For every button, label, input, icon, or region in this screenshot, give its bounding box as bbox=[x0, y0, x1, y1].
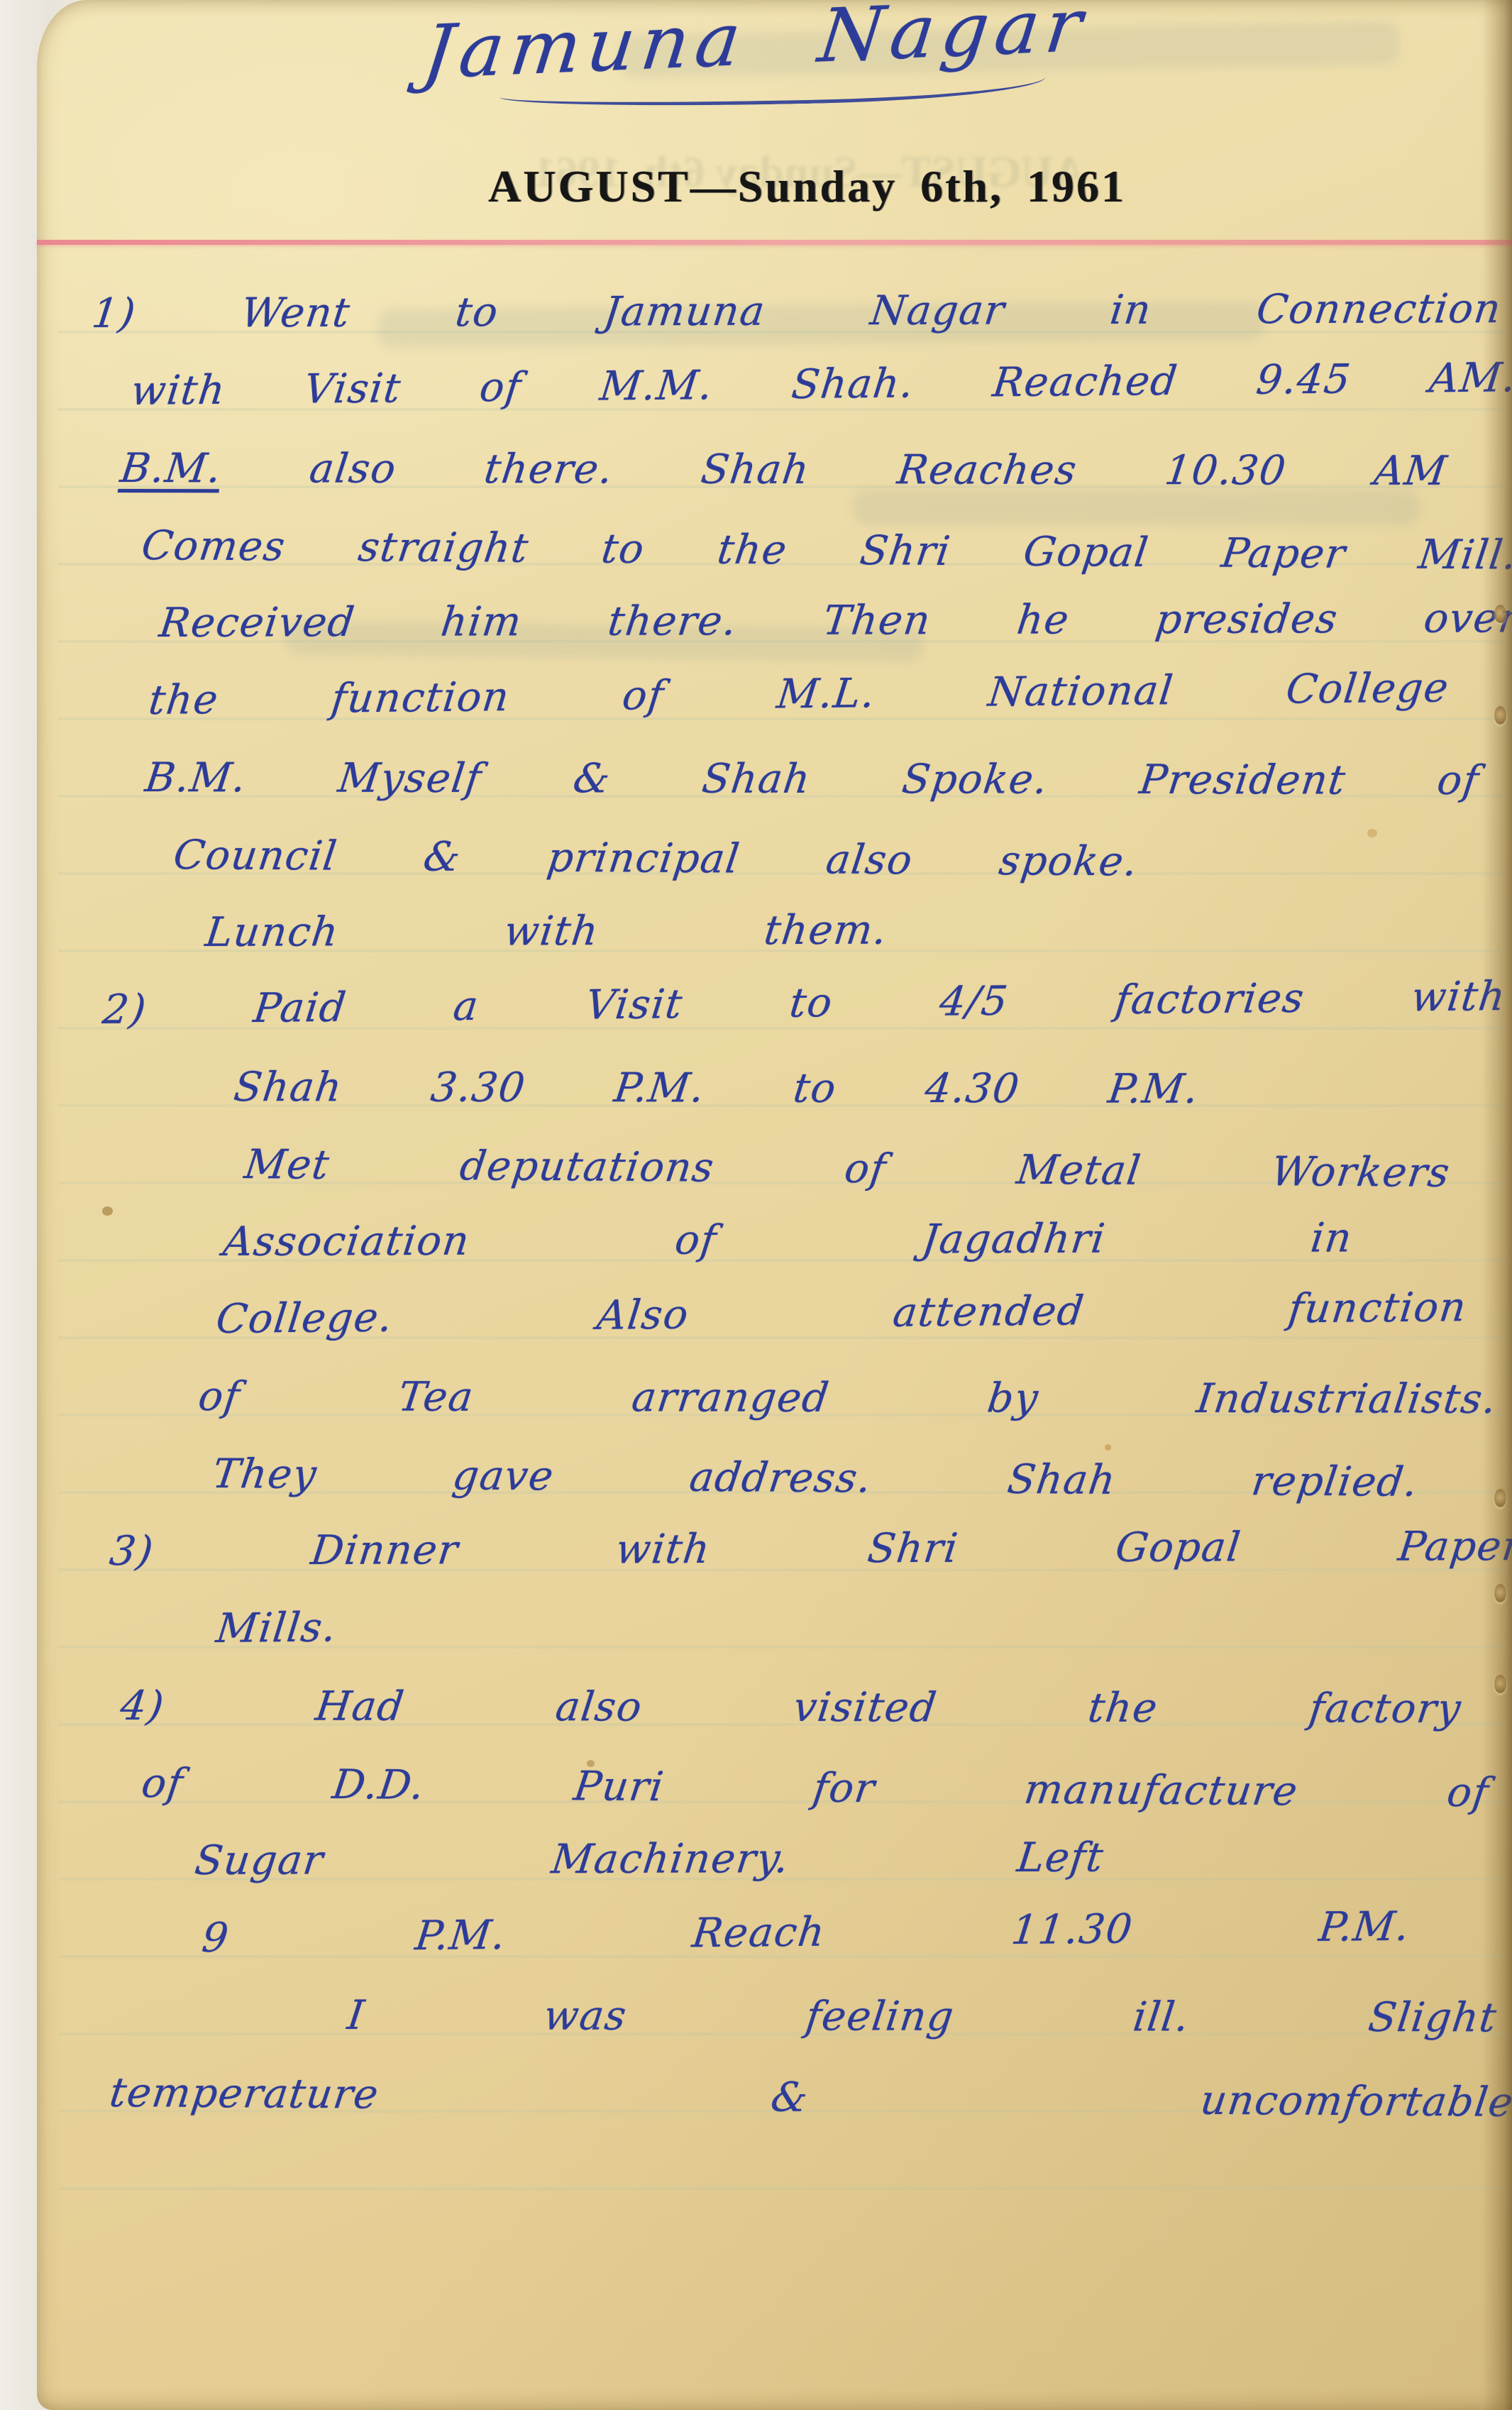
handwriting-line: 9 P.M. Reach 11.30 P.M. bbox=[198, 1888, 1414, 1977]
handwriting-line: 3) Dinner with Shri Gopal Paper bbox=[105, 1508, 1512, 1590]
handwriting-line: the function of M.L. National College bbox=[145, 649, 1453, 739]
handwriting-line: 2) Paid a Visit to 4/5 factories with bbox=[99, 958, 1511, 1049]
binding-stitch-hole bbox=[1494, 1675, 1506, 1693]
handwriting-line: Sugar Machinery. Left bbox=[190, 1820, 1108, 1900]
binding-stitch-hole bbox=[1494, 1489, 1506, 1507]
handwriting-line: Met deputations of Metal Workers bbox=[240, 1126, 1455, 1212]
handwriting-line: temperature & uncomfortable bbox=[105, 2054, 1512, 2142]
handwriting-line: 4) Had also visited the factory bbox=[116, 1668, 1466, 1748]
paper-surface: AUGUST—Sunday 6th, 1961 Jamuna Nagar AUG… bbox=[37, 0, 1512, 2410]
handwriting-line: 1) Went to Jamuna Nagar in Connection bbox=[87, 270, 1506, 353]
binding-edge-shadow bbox=[1482, 0, 1512, 2410]
handwriting-line: Mills. bbox=[212, 1588, 519, 1668]
binding-stitch-hole bbox=[1494, 1584, 1506, 1602]
handwriting-line: of Tea arranged by Industrialists. bbox=[194, 1358, 1501, 1438]
handwriting-line: College. Also attended function bbox=[212, 1269, 1471, 1358]
handwriting-line: I was feeling ill. Slight bbox=[343, 1977, 1501, 2057]
diary-entry-text: 1) Went to Jamuna Nagar in Connectionwit… bbox=[92, 275, 1512, 2132]
handwriting-line: Shah 3.30 P.M. to 4.30 P.M. bbox=[229, 1049, 1203, 1128]
handwriting-line: of D.D. Puri for manufacture of bbox=[137, 1745, 1494, 1832]
underlined-text: B.M. bbox=[118, 445, 225, 492]
handwriting-line: B.M. also there. Shah Reaches 10.30 AM bbox=[116, 430, 1452, 510]
binding-stitch-hole bbox=[1494, 706, 1506, 725]
handwriting-line: Received him there. Then he presides ove… bbox=[155, 580, 1512, 662]
handwriting-line: Association of Jagadhri in bbox=[219, 1199, 1357, 1281]
handwriting-line: with Visit of M.M. Shah. Reached 9.45 AM… bbox=[127, 339, 1512, 430]
handwriting-line: B.M. Myself & Shah Spoke. President of bbox=[140, 739, 1484, 820]
handwriting-line: Council & principal also spoke. bbox=[169, 817, 1143, 901]
pink-rule-divider bbox=[37, 240, 1512, 245]
diary-page-scan: AUGUST—Sunday 6th, 1961 Jamuna Nagar AUG… bbox=[0, 0, 1512, 2410]
handwriting-line: Lunch with them. bbox=[201, 892, 891, 972]
binding-stitch-hole bbox=[1494, 605, 1506, 623]
printed-date-header: AUGUST—Sunday 6th, 1961 bbox=[488, 160, 1126, 213]
